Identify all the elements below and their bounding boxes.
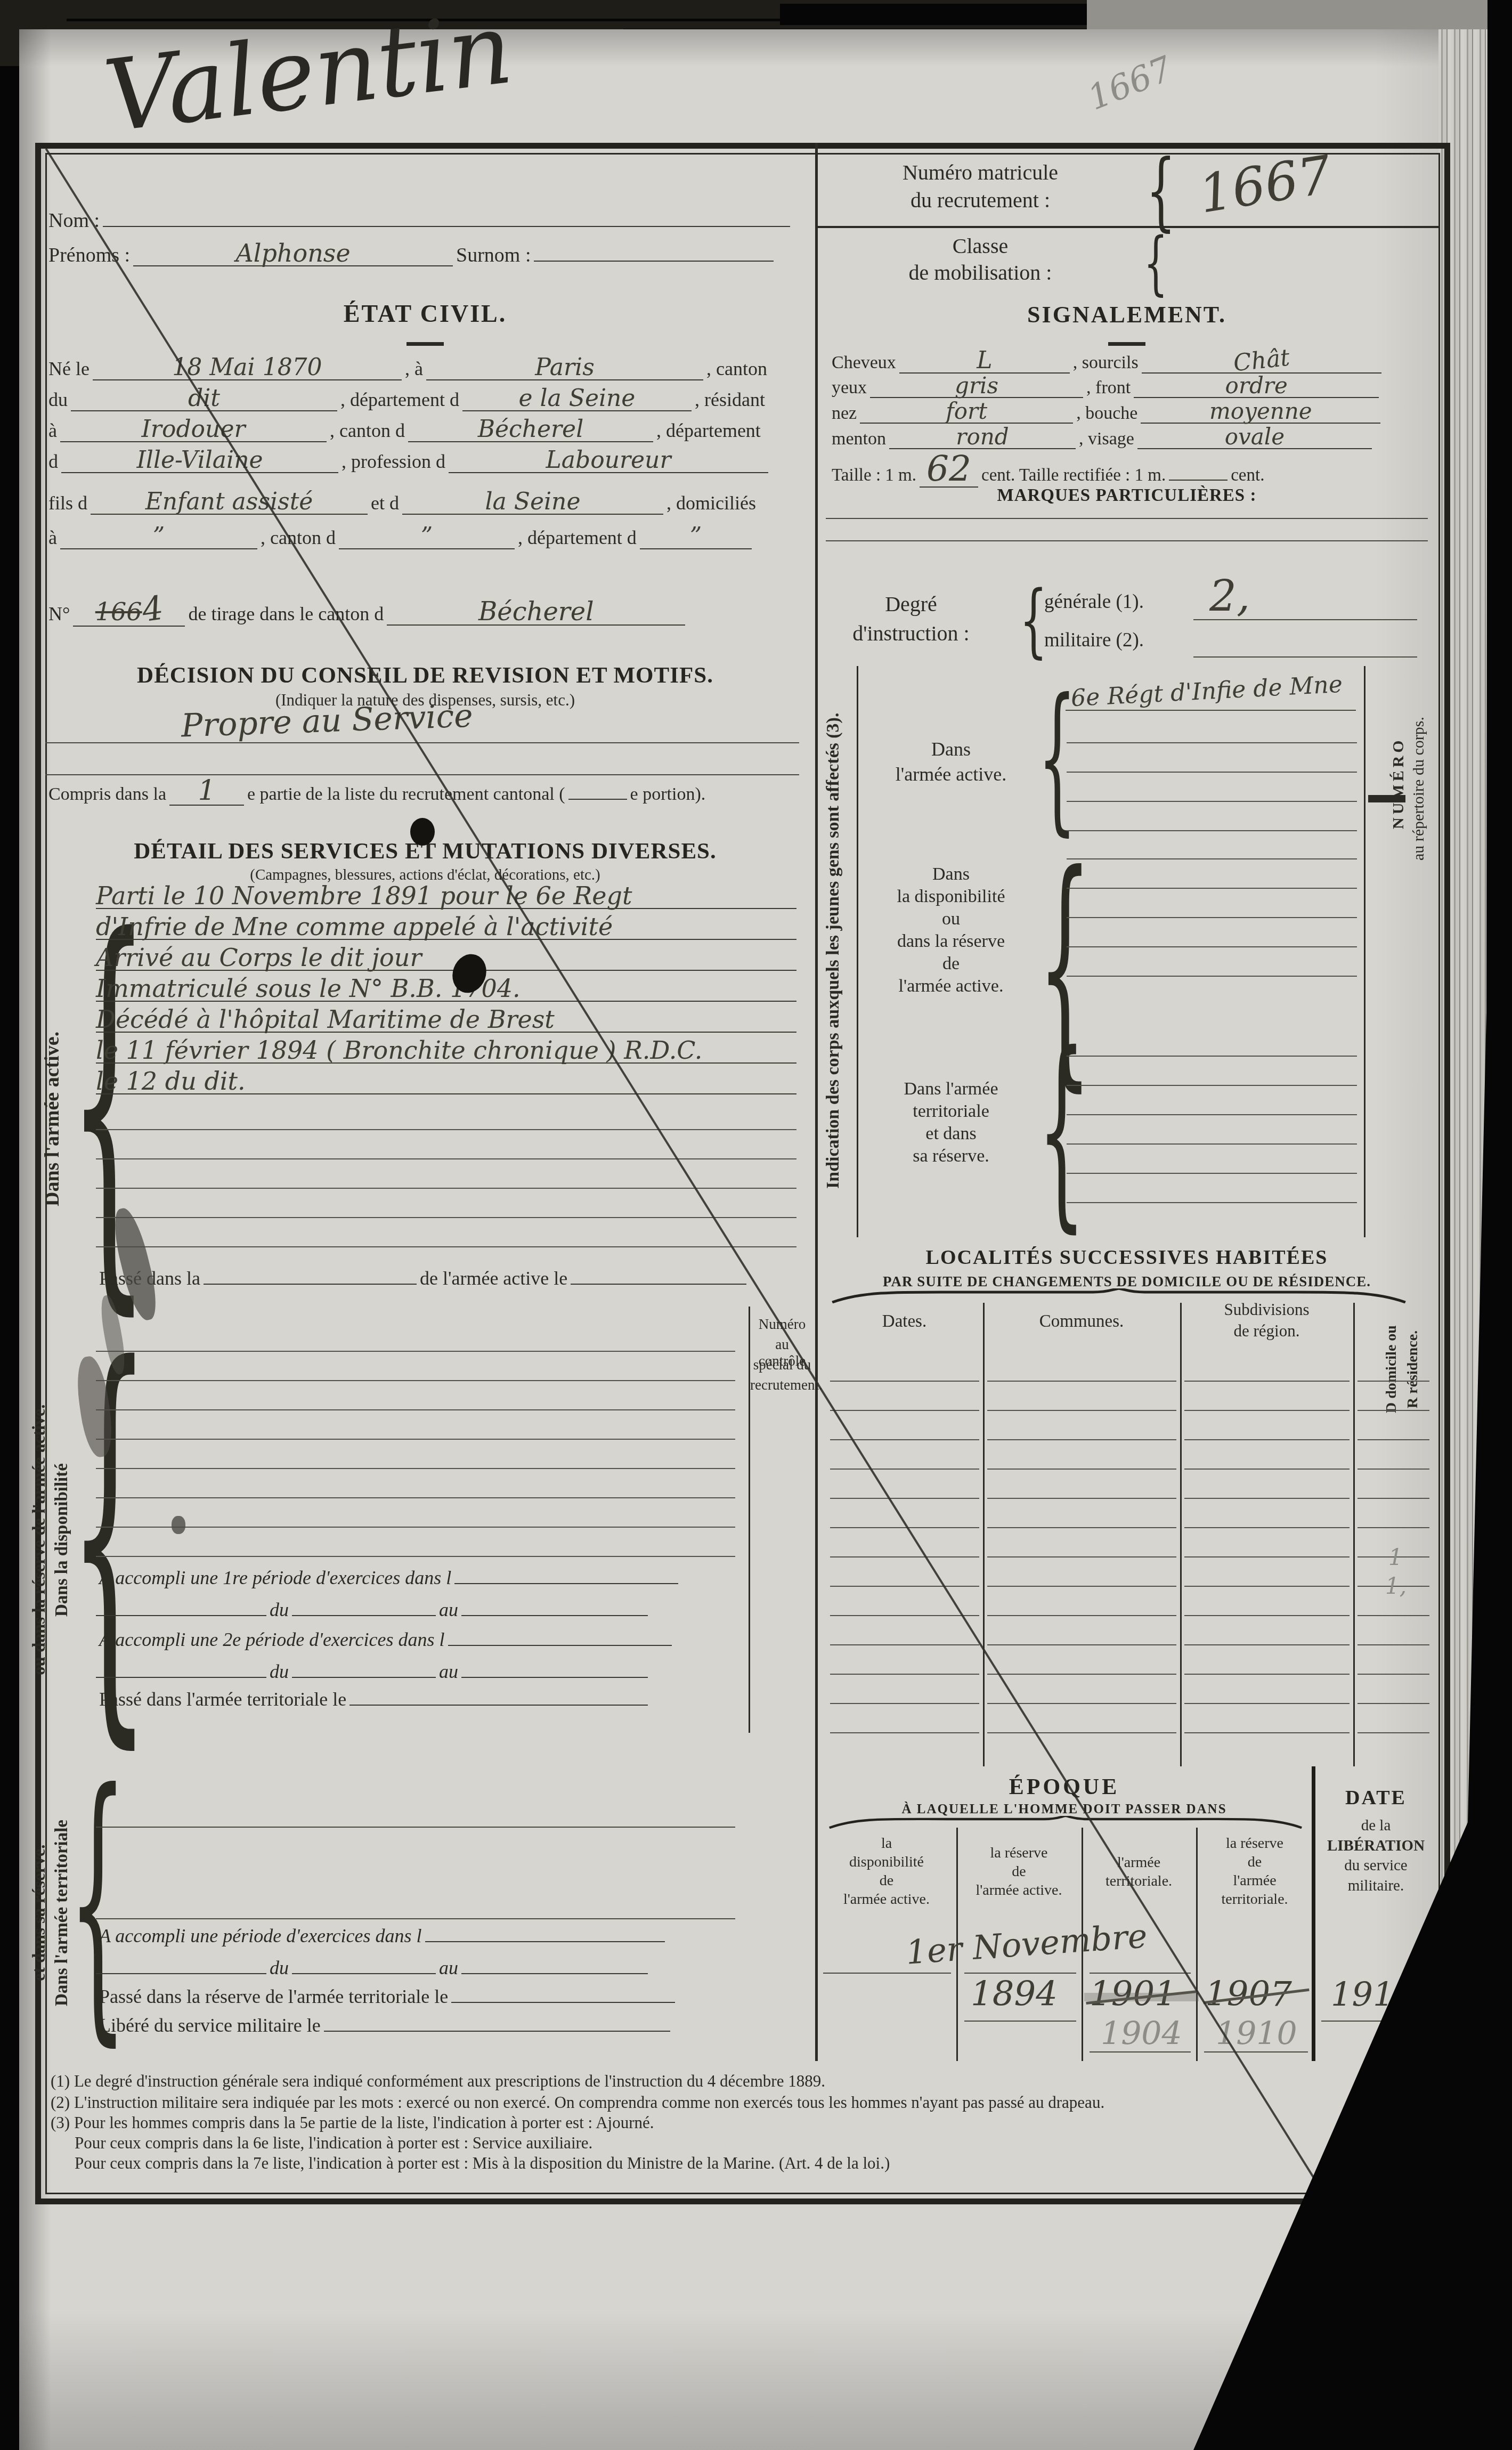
date-field bbox=[292, 1615, 436, 1616]
localites-title: LOCALITÉS SUCCESSIVES HABITÉES bbox=[815, 1246, 1438, 1269]
title-dash bbox=[407, 342, 444, 346]
margin-label-dispo-1: Dans la disponibilité bbox=[52, 1364, 72, 1716]
date-field bbox=[461, 1615, 648, 1616]
repertoire-label-2: au répertoire du corps. bbox=[1410, 677, 1428, 901]
classe-label-2: de mobilisation : bbox=[831, 260, 1129, 285]
canton3-label: , canton d bbox=[257, 527, 339, 548]
reserve-terr-field bbox=[451, 2002, 675, 2003]
canton2-field: Bécherel bbox=[408, 418, 653, 442]
prenoms-value: Alphonse bbox=[235, 241, 350, 265]
au-label: au bbox=[436, 1599, 461, 1620]
footnote-2: (2) L'instruction militaire sera indiqué… bbox=[51, 2093, 1104, 2112]
menton-field: rond bbox=[889, 426, 1076, 449]
yeux-field: gris bbox=[870, 375, 1083, 398]
domicile-field: ” bbox=[60, 525, 257, 549]
service-field: Immatriculé sous le N° B.B. 1704. bbox=[96, 976, 796, 1002]
au-label: au bbox=[436, 1957, 461, 1978]
mother-value: la Seine bbox=[485, 490, 581, 514]
residence-value: Irodouer bbox=[141, 418, 245, 441]
passe-field-1 bbox=[204, 1284, 417, 1285]
corps-s2-label-3: ou bbox=[863, 909, 1039, 929]
epoque-date-divider bbox=[1312, 1766, 1315, 2061]
footnote-text: (2) L'instruction militaire sera indiqué… bbox=[51, 2093, 1104, 2112]
title-dash bbox=[1108, 342, 1145, 346]
rule bbox=[1090, 1973, 1191, 1974]
margin-label-terr-2: et dans sa réserve. bbox=[30, 1774, 50, 2051]
periode1-field bbox=[454, 1583, 678, 1584]
corps-s2-label-1: Dans bbox=[863, 864, 1039, 885]
rule bbox=[964, 1973, 1076, 1974]
date-field bbox=[292, 1677, 436, 1678]
repertoire-col-line bbox=[1364, 666, 1365, 1237]
bouche-field: moyenne bbox=[1141, 400, 1380, 424]
departement4-label: , département d bbox=[515, 527, 640, 548]
ditto-1: ” bbox=[153, 525, 165, 548]
corps-s3-lines bbox=[1067, 1027, 1357, 1203]
corps-s2-label-6: l'armée active. bbox=[863, 976, 1039, 996]
epoque-subtitle: À LAQUELLE L'HOMME DOIT PASSER DANS bbox=[815, 1802, 1313, 1817]
repertoire-label-1: NUMÉRO bbox=[1389, 693, 1408, 874]
reserve-terr-label: Passé dans la réserve de l'armée territo… bbox=[96, 1986, 451, 2007]
residence-field: Irodouer bbox=[60, 418, 327, 442]
reserve-terr-row: Passé dans la réserve de l'armée territo… bbox=[96, 1985, 675, 2008]
col2-l2: de bbox=[959, 1862, 1079, 1881]
corps-s2-label-4: dans la réserve bbox=[863, 931, 1039, 952]
mother-field: la Seine bbox=[402, 490, 663, 515]
epoque-col5-label: de la LIBÉRATION du service militaire. bbox=[1316, 1816, 1436, 1896]
domicile-row: à”, canton d”, département d” bbox=[45, 525, 752, 549]
service-text-3: Arrivé au Corps le dit jour bbox=[96, 945, 421, 970]
periode2-label: A accompli une 2e période d'exercices da… bbox=[96, 1629, 448, 1650]
periode-terr-row: A accompli une période d'exercices dans … bbox=[96, 1925, 665, 1947]
corps-s1-lines bbox=[1067, 714, 1357, 831]
date-field bbox=[461, 1677, 648, 1678]
visage-label: , visage bbox=[1076, 429, 1137, 449]
taille-value: 62 bbox=[926, 451, 971, 486]
service-line: Immatriculé sous le N° B.B. 1704. bbox=[96, 976, 796, 1002]
classe-label-1: Classe bbox=[831, 233, 1129, 258]
cheveux-label: Cheveux bbox=[828, 353, 899, 372]
col2-l3: l'armée active. bbox=[959, 1881, 1079, 1900]
departement3-field: Ille-Vilaine bbox=[61, 449, 338, 473]
service-field: le 11 février 1894 ( Bronchite chronique… bbox=[96, 1038, 796, 1064]
surnom-field bbox=[534, 261, 774, 262]
birth-row: Né le18 Mai 1870, àParis, canton bbox=[45, 356, 770, 380]
tirage-field: 1664 bbox=[73, 593, 185, 627]
service-line: d'Infrie de Mne comme appelé à l'activit… bbox=[96, 914, 796, 940]
localites-rows-communes bbox=[987, 1352, 1176, 1741]
rule bbox=[826, 540, 1428, 541]
col4-l4: territoriale. bbox=[1199, 1890, 1311, 1909]
a2-label: à bbox=[45, 420, 60, 441]
col1-l1: la bbox=[818, 1834, 955, 1853]
departement-value: e la Seine bbox=[518, 387, 635, 410]
libere-row: Libéré du service militaire le bbox=[96, 2014, 670, 2037]
passe-active-row: Passé dans lade l'armée active le bbox=[96, 1267, 746, 1289]
col3-l2: territoriale. bbox=[1084, 1872, 1193, 1891]
tirage-struck: 166 bbox=[95, 599, 142, 624]
corps-label-line bbox=[857, 666, 858, 1237]
strike-1901-smudge bbox=[1084, 1993, 1199, 2001]
yeux-row: yeuxgris, frontordre bbox=[828, 375, 1379, 398]
col-subdiv-label-2: de région. bbox=[1180, 1321, 1353, 1341]
service-line: le 12 du dit. bbox=[96, 1069, 796, 1094]
degre-brace: { bbox=[1019, 581, 1047, 661]
nez-row: nezfort, bouchemoyenne bbox=[828, 400, 1380, 424]
footnote-4: Pour ceux compris dans la 6e liste, l'in… bbox=[75, 2133, 592, 2153]
profession-field: Laboureur bbox=[449, 449, 768, 473]
rule bbox=[1066, 710, 1356, 711]
epoque-1894: 1894 bbox=[971, 1975, 1058, 2014]
corps-s1-label-1: Dans bbox=[863, 738, 1039, 760]
service-line: Arrivé au Corps le dit jour bbox=[96, 945, 796, 971]
page-behind-edge bbox=[1087, 0, 1492, 29]
menton-label: menton bbox=[828, 429, 889, 449]
tirage-canton-value: Bécherel bbox=[478, 599, 594, 624]
col2-l1: la réserve bbox=[959, 1844, 1079, 1862]
du-label: du bbox=[45, 389, 71, 410]
libere-label: Libéré du service militaire le bbox=[96, 2015, 324, 2036]
margin-label-terr-1: Dans l'armée territoriale bbox=[52, 1774, 72, 2051]
periode2-field bbox=[448, 1645, 672, 1646]
taille-rect-field bbox=[1169, 480, 1228, 481]
periode1-row: A accompli une 1re période d'exercices d… bbox=[96, 1567, 678, 1589]
ne-le-label: Né le bbox=[45, 358, 93, 379]
departement-field: e la Seine bbox=[462, 387, 692, 411]
portion-field bbox=[568, 799, 627, 800]
parents-row: fils dEnfant assistéet dla Seine, domici… bbox=[45, 490, 759, 515]
corps-s3-label-4: sa réserve. bbox=[863, 1146, 1039, 1166]
rule bbox=[1193, 656, 1417, 658]
numero-label: N° bbox=[45, 603, 73, 624]
col1-l4: l'armée active. bbox=[818, 1890, 955, 1909]
passe-field-2 bbox=[571, 1284, 746, 1285]
taille-label-2: cent. Taille rectifiée : 1 m. bbox=[978, 466, 1169, 485]
dr-pencil-mark-2: 1, bbox=[1385, 1573, 1407, 1599]
rule bbox=[1204, 2051, 1308, 2053]
taille-field: 62 bbox=[920, 451, 978, 488]
classe-brace: { bbox=[1144, 228, 1168, 297]
compris-field: 1 bbox=[169, 777, 244, 806]
departement3-value: Ille-Vilaine bbox=[136, 449, 263, 472]
footnote-text: Pour ceux compris dans la 7e liste, l'in… bbox=[75, 2154, 890, 2172]
cheveux-field: L bbox=[899, 349, 1070, 374]
tirage-value: 4 bbox=[140, 591, 165, 627]
epoque-col4-label: la réserve de l'armée territoriale. bbox=[1199, 1834, 1311, 1909]
sourcils-value: Chât bbox=[1232, 346, 1291, 376]
father-field: Enfant assisté bbox=[91, 490, 368, 515]
periode-terr-label: A accompli une période d'exercices dans … bbox=[96, 1925, 425, 1946]
decision-title: DÉCISION DU CONSEIL DE REVISION ET MOTIF… bbox=[35, 662, 815, 688]
profession-label: , profession d bbox=[338, 451, 449, 472]
yeux-label: yeux bbox=[828, 378, 870, 397]
dr-pencil-mark-1: 1 bbox=[1388, 1544, 1403, 1570]
footnote-3: (3) Pour les hommes compris dans la 5e p… bbox=[51, 2113, 654, 2132]
col5-l4: militaire. bbox=[1316, 1876, 1436, 1896]
date-field bbox=[96, 1677, 266, 1678]
canton3-field: ” bbox=[339, 525, 515, 549]
bouche-value: moyenne bbox=[1209, 400, 1312, 423]
nez-value: fort bbox=[946, 400, 987, 423]
profession-value: Laboureur bbox=[546, 449, 671, 472]
col-dates-label: Dates. bbox=[826, 1312, 983, 1332]
corps-s2-label-2: la disponibilité bbox=[863, 887, 1039, 907]
blank-dispo-lines bbox=[96, 1323, 735, 1568]
libere-field bbox=[324, 2031, 670, 2032]
service-field: le 12 du dit. bbox=[96, 1069, 796, 1094]
periode1-dates-row: duau bbox=[96, 1599, 648, 1621]
ink-smear bbox=[172, 1516, 185, 1534]
passe-terr-label: Passé dans l'armée territoriale le bbox=[96, 1689, 349, 1710]
localites-divider bbox=[1180, 1303, 1182, 1766]
taille-label-3: cent. bbox=[1228, 466, 1267, 485]
canton2-label: , canton d bbox=[327, 420, 408, 441]
corps-s2-lines bbox=[1067, 830, 1357, 979]
compris-row: Compris dans la1e partie de la liste du … bbox=[45, 777, 709, 806]
a3-label: à bbox=[45, 527, 60, 548]
birthdate-value: 18 Mai 1870 bbox=[172, 356, 322, 379]
footnote-5: Pour ceux compris dans la 7e liste, l'in… bbox=[75, 2154, 890, 2173]
du-label: du bbox=[266, 1599, 292, 1620]
service-text-2: d'Infrie de Mne comme appelé à l'activit… bbox=[96, 914, 613, 939]
periode2-dates-row: duau bbox=[96, 1660, 648, 1683]
col4-l2: de bbox=[1199, 1853, 1311, 1871]
col-communes-label: Communes. bbox=[983, 1312, 1180, 1332]
rule bbox=[964, 2021, 1076, 2022]
canton-field: dit bbox=[71, 387, 337, 411]
service-text-5: Décédé à l'hôpital Maritime de Brest bbox=[96, 1007, 555, 1032]
epoque-col5-title: DATE bbox=[1316, 1786, 1436, 1810]
corps-s3-label-2: territoriale bbox=[863, 1101, 1039, 1122]
service-line: le 11 février 1894 ( Bronchite chronique… bbox=[96, 1038, 796, 1064]
etat-civil-title: ÉTAT CIVIL. bbox=[35, 299, 815, 328]
taille-label-1: Taille : 1 m. bbox=[828, 466, 920, 485]
degre-militaire-label: militaire (2). bbox=[1044, 629, 1177, 652]
passe-terr-field bbox=[349, 1705, 648, 1706]
matricule-label-1: Numéro matricule bbox=[831, 160, 1129, 185]
du-label: du bbox=[266, 1661, 292, 1682]
footnote-1: (1) Le degré d'instruction générale sera… bbox=[51, 2072, 825, 2091]
epoque-col2-label: la réserve de l'armée active. bbox=[959, 1844, 1079, 1900]
canton2-value: Bécherel bbox=[478, 418, 584, 441]
matricule-label-2: du recrutement : bbox=[831, 188, 1129, 213]
nom-row: Nom : bbox=[45, 209, 790, 232]
scanned-register-page: Valentin Nom : Prénoms :AlphonseSurnom :… bbox=[0, 0, 1512, 2450]
corps-vertical-label: Indication des corps auxquels les jeunes… bbox=[823, 672, 843, 1229]
service-field: Décédé à l'hôpital Maritime de Brest bbox=[96, 1007, 796, 1033]
service-text-6: le 11 février 1894 ( Bronchite chronique… bbox=[96, 1038, 702, 1062]
tirage-label: de tirage dans le canton d bbox=[185, 603, 387, 624]
service-field: Arrivé au Corps le dit jour bbox=[96, 945, 796, 971]
compris-value: 1 bbox=[198, 777, 215, 805]
sourcils-label: , sourcils bbox=[1070, 353, 1142, 372]
taille-row: Taille : 1 m.62cent. Taille rectifiée : … bbox=[828, 451, 1267, 488]
repertoire-tick bbox=[1368, 795, 1405, 802]
col4-l1: la réserve bbox=[1199, 1834, 1311, 1853]
degre-label-1: Degré bbox=[836, 591, 986, 616]
date-field bbox=[96, 1973, 266, 1974]
birthplace-field: Paris bbox=[426, 356, 703, 380]
surnom-label: Surnom : bbox=[453, 244, 534, 266]
d-label: d bbox=[45, 451, 61, 472]
controle-label-4: recrutement. bbox=[750, 1377, 814, 1393]
periode1-label: A accompli une 1re période d'exercices d… bbox=[96, 1567, 454, 1588]
profession-row: dIlle-Vilaine, profession dLaboureur bbox=[45, 449, 768, 473]
a-label: , à bbox=[402, 358, 426, 379]
signalement-title: SIGNALEMENT. bbox=[815, 301, 1438, 328]
service-line: Décédé à l'hôpital Maritime de Brest bbox=[96, 1007, 796, 1033]
prenoms-row: Prénoms :AlphonseSurnom : bbox=[45, 241, 774, 267]
marques-title: MARQUES PARTICULIÈRES : bbox=[815, 486, 1438, 506]
col5-l1: de la bbox=[1316, 1816, 1436, 1836]
col-subdiv-label-1: Subdivisions bbox=[1180, 1300, 1353, 1319]
corps-s3-label-3: et dans bbox=[863, 1124, 1039, 1144]
departement2-label: , département bbox=[653, 420, 764, 441]
date-field bbox=[96, 1615, 266, 1616]
epoque-brace bbox=[828, 1816, 1303, 1829]
visage-value: ovale bbox=[1225, 426, 1285, 448]
birthplace-value: Paris bbox=[535, 356, 595, 379]
du-label: du bbox=[266, 1957, 292, 1978]
front-label: , front bbox=[1083, 378, 1134, 397]
compris-label-2: e partie de la liste du recrutement cant… bbox=[244, 784, 568, 804]
col5-l3: du service bbox=[1316, 1856, 1436, 1876]
visage-field: ovale bbox=[1137, 426, 1372, 449]
rule bbox=[45, 774, 799, 775]
rule bbox=[1193, 619, 1417, 620]
prenoms-label: Prénoms : bbox=[45, 244, 133, 266]
father-value: Enfant assisté bbox=[145, 490, 313, 514]
corps-s2-label-5: de bbox=[863, 954, 1039, 974]
nez-label: nez bbox=[828, 403, 860, 423]
canton-row: dudit, département de la Seine, résidant bbox=[45, 387, 768, 411]
margin-label-dispo-2: ou dans la réserve de l'armée active. bbox=[30, 1343, 50, 1737]
column-divider bbox=[815, 143, 818, 2061]
date-field bbox=[461, 1973, 648, 1974]
localites-rows-dates bbox=[830, 1352, 979, 1741]
localites-divider bbox=[983, 1303, 985, 1766]
date-field bbox=[292, 1973, 436, 1974]
periode2-row: A accompli une 2e période d'exercices da… bbox=[96, 1628, 672, 1651]
col3-l1: l'armée bbox=[1084, 1853, 1193, 1872]
localites-divider bbox=[1353, 1303, 1355, 1766]
service-line: Parti le 10 Novembre 1891 pour le 6e Reg… bbox=[96, 883, 796, 909]
service-text-7: le 12 du dit. bbox=[96, 1069, 246, 1093]
rule bbox=[96, 1918, 735, 1919]
departement-label: , département d bbox=[337, 389, 462, 410]
rule bbox=[826, 518, 1428, 519]
col5-l2: LIBÉRATION bbox=[1316, 1836, 1436, 1856]
service-field: d'Infrie de Mne comme appelé à l'activit… bbox=[96, 914, 796, 940]
header-right-divider bbox=[815, 226, 1438, 228]
passe-territoriale-row: Passé dans l'armée territoriale le bbox=[96, 1688, 648, 1710]
tirage-canton-field: Bécherel bbox=[387, 599, 685, 626]
menton-value: rond bbox=[956, 426, 1009, 448]
bouche-label: , bouche bbox=[1073, 403, 1141, 423]
rule bbox=[45, 742, 799, 743]
canton-label: , canton bbox=[703, 358, 770, 379]
et-label: et d bbox=[368, 492, 402, 514]
epoque-col3-label: l'armée territoriale. bbox=[1084, 1853, 1193, 1891]
front-field: ordre bbox=[1134, 375, 1379, 398]
cheveux-value: L bbox=[977, 349, 992, 372]
col1-l2: disponibilité bbox=[818, 1853, 955, 1871]
sourcils-field: Chât bbox=[1142, 349, 1381, 374]
degre-generale-label: générale (1). bbox=[1044, 590, 1177, 613]
birthdate-field: 18 Mai 1870 bbox=[93, 356, 402, 380]
degre-generale-value: 2, bbox=[1209, 571, 1250, 621]
au-label: au bbox=[436, 1661, 461, 1682]
footnote-text: (1) Le degré d'instruction générale sera… bbox=[51, 2072, 825, 2090]
departement4-field: ” bbox=[640, 525, 752, 549]
corps-s1-label-2: l'armée active. bbox=[863, 763, 1039, 785]
nom-field bbox=[103, 226, 790, 227]
residant-label: , résidant bbox=[692, 389, 768, 410]
menton-row: mentonrond, visageovale bbox=[828, 426, 1372, 449]
fils-label: fils d bbox=[45, 492, 91, 514]
col1-l3: de bbox=[818, 1871, 955, 1890]
domicilies-label: , domiciliés bbox=[663, 492, 759, 514]
footnote-text: (3) Pour les hommes compris dans la 5e p… bbox=[51, 2113, 654, 2132]
canton-value: dit bbox=[188, 387, 220, 410]
epoque-1910-pencil: 1910 bbox=[1216, 2015, 1297, 2053]
service-text-1: Parti le 10 Novembre 1891 pour le 6e Reg… bbox=[96, 883, 632, 908]
periode-terr-field bbox=[425, 1941, 665, 1942]
compris-label-1: Compris dans la bbox=[45, 784, 169, 804]
col4-l3: l'armée bbox=[1199, 1871, 1311, 1890]
cheveux-row: CheveuxL, sourcilsChât bbox=[828, 349, 1381, 374]
residence-row: àIrodouer, canton dBécherel, département bbox=[45, 418, 764, 442]
tirage-row: N°1664de tirage dans le canton dBécherel bbox=[45, 593, 685, 627]
footnote-text: Pour ceux compris dans la 6e liste, l'in… bbox=[75, 2133, 592, 2152]
localites-rows-subdiv bbox=[1184, 1352, 1350, 1741]
front-value: ordre bbox=[1225, 375, 1288, 397]
degre-label-2: d'instruction : bbox=[836, 621, 986, 646]
rule bbox=[96, 1827, 735, 1828]
epoque-col1-label: la disponibilité de l'armée active. bbox=[818, 1834, 955, 1909]
nez-field: fort bbox=[860, 400, 1073, 424]
prenoms-field: Alphonse bbox=[133, 241, 453, 266]
rule bbox=[823, 1973, 951, 1974]
passe-label-2: de l'armée active le bbox=[417, 1268, 571, 1289]
localites-subtitle: PAR SUITE DE CHANGEMENTS DE DOMICILE OU … bbox=[815, 1273, 1438, 1290]
margin-label-armee-active: Dans l'armée active. bbox=[40, 938, 64, 1300]
epoque-divider bbox=[1196, 1828, 1198, 2061]
periode-terr-dates-row: duau bbox=[96, 1957, 648, 1979]
ditto-2: ” bbox=[421, 525, 433, 548]
yeux-value: gris bbox=[955, 375, 998, 397]
matricule-brace: { bbox=[1146, 148, 1176, 233]
ditto-3: ” bbox=[690, 525, 702, 548]
compris-label-3: e portion). bbox=[627, 784, 709, 804]
ink-blot bbox=[410, 818, 435, 846]
rule bbox=[1090, 2051, 1191, 2053]
epoque-1904-pencil: 1904 bbox=[1101, 2015, 1182, 2053]
service-field: Parti le 10 Novembre 1891 pour le 6e Reg… bbox=[96, 883, 796, 909]
corps-s3-label-1: Dans l'armée bbox=[863, 1079, 1039, 1099]
